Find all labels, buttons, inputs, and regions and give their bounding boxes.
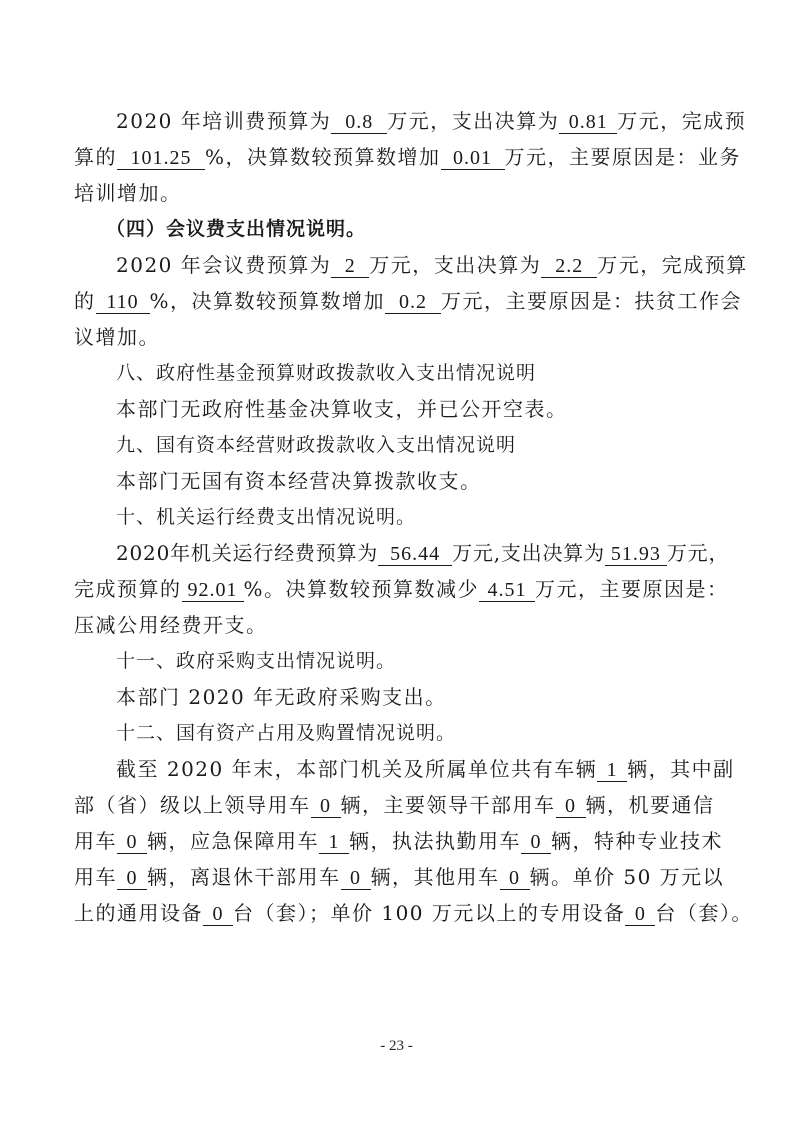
meeting-actual-value: 2.2 — [541, 255, 597, 278]
text: 算的 — [74, 145, 117, 169]
text: 上的通用设备 — [74, 901, 203, 925]
operating-completion-pct: 92.01 — [182, 579, 244, 602]
text: 2020 年培训费预算为 — [116, 109, 331, 133]
emergency-vehicles-value: 1 — [319, 831, 349, 854]
training-actual-value: 0.81 — [559, 111, 617, 134]
special-equipment-value: 0 — [625, 903, 655, 926]
training-paragraph-line-1: 2020 年培训费预算为0.8万元，支出决算为0.81万元，完成预 — [74, 103, 724, 139]
text: 万元， — [667, 541, 729, 565]
text: 辆，其他用车 — [371, 865, 500, 889]
section-10-line-3: 压减公用经费开支。 — [74, 607, 724, 643]
text: 部（省）级以上领导用车 — [74, 793, 311, 817]
text: 完成预算的 — [74, 577, 182, 601]
text: 万元，支出决算为 — [369, 253, 541, 277]
meeting-paragraph-line-3: 议增加。 — [74, 319, 724, 355]
meeting-budget-value: 2 — [331, 255, 369, 278]
text: 辆，主要领导干部用车 — [341, 793, 556, 817]
leader-vehicles-value: 0 — [311, 795, 341, 818]
law-enforcement-vehicles-value: 0 — [521, 831, 551, 854]
text: 辆，离退休干部用车 — [147, 865, 341, 889]
retired-vehicles-value: 0 — [341, 867, 371, 890]
section-12-line-1: 截至 2020 年末，本部门机关及所属单位共有车辆1辆，其中副 — [74, 751, 724, 787]
text: 截至 2020 年末，本部门机关及所属单位共有车辆 — [116, 757, 597, 781]
section-10-line-1: 2020年机关运行经费预算为56.44万元,支出决算为51.93万元， — [74, 535, 724, 571]
text: 万元，主要原因是：业务 — [505, 145, 742, 169]
text: 万元，完成预算 — [597, 253, 748, 277]
operating-diff-value: 4.51 — [479, 579, 535, 602]
main-leader-vehicles-value: 0 — [556, 795, 586, 818]
general-equipment-value: 0 — [203, 903, 233, 926]
page-number: - 23 - — [0, 1038, 793, 1055]
section-11-body: 本部门 2020 年无政府采购支出。 — [74, 679, 724, 715]
meeting-diff-value: 0.2 — [385, 291, 441, 314]
text: 辆。单价 50 万元以 — [530, 865, 725, 889]
total-vehicles-value: 1 — [597, 759, 627, 782]
text: %。决算数较预算数减少 — [244, 577, 480, 601]
training-paragraph-line-3: 培训增加。 — [74, 175, 724, 211]
training-budget-value: 0.8 — [331, 111, 387, 134]
section-12-line-4: 用车0辆，离退休干部用车0辆，其他用车0辆。单价 50 万元以 — [74, 859, 724, 895]
section-12-line-2: 部（省）级以上领导用车0辆，主要领导干部用车0辆，机要通信 — [74, 787, 724, 823]
section-8-heading: 八、政府性基金预算财政拨款收入支出情况说明 — [74, 355, 724, 391]
section-12-line-5: 上的通用设备0台（套）；单价 100 万元以上的专用设备0台（套）。 — [74, 895, 724, 931]
meeting-paragraph-line-2: 的110%，决算数较预算数增加0.2万元，主要原因是：扶贫工作会 — [74, 283, 724, 319]
meeting-completion-pct: 110 — [96, 291, 150, 314]
text: 万元，主要原因是：扶贫工作会 — [441, 289, 742, 313]
text: %，决算数较预算数增加 — [205, 145, 441, 169]
training-paragraph-line-2: 算的101.25%，决算数较预算数增加0.01万元，主要原因是：业务 — [74, 139, 724, 175]
text: 辆，其中副 — [627, 757, 735, 781]
training-completion-pct: 101.25 — [117, 147, 205, 170]
training-diff-value: 0.01 — [441, 147, 505, 170]
section-11-heading: 十一、政府采购支出情况说明。 — [74, 643, 724, 679]
text: 2020 年会议费预算为 — [116, 253, 331, 277]
meeting-paragraph-line-1: 2020 年会议费预算为2万元，支出决算为2.2万元，完成预算 — [74, 247, 724, 283]
text: 用车 — [74, 865, 117, 889]
text: %，决算数较预算数增加 — [150, 289, 386, 313]
text: 辆，应急保障用车 — [147, 829, 319, 853]
operating-actual-value: 51.93 — [605, 543, 667, 566]
section-8-body: 本部门无政府性基金决算收支，并已公开空表。 — [74, 391, 724, 427]
text: 辆，特种专业技术 — [551, 829, 723, 853]
document-page: 2020 年培训费预算为0.8万元，支出决算为0.81万元，完成预 算的101.… — [74, 103, 724, 931]
text: 万元,支出决算为 — [452, 541, 605, 565]
text: 辆，机要通信 — [586, 793, 715, 817]
text: 台（套）。 — [655, 901, 753, 925]
section-12-heading: 十二、国有资产占用及购置情况说明。 — [74, 715, 724, 751]
section-12-line-3: 用车0辆，应急保障用车1辆，执法执勤用车0辆，特种专业技术 — [74, 823, 724, 859]
text: 用车 — [74, 829, 117, 853]
text: 辆，执法执勤用车 — [349, 829, 521, 853]
text: 的 — [74, 289, 96, 313]
other-vehicles-value: 0 — [500, 867, 530, 890]
section-9-body: 本部门无国有资本经营决算拨款收支。 — [74, 463, 724, 499]
text: 万元，主要原因是： — [535, 577, 729, 601]
text: 万元，支出决算为 — [387, 109, 559, 133]
text: 台（套）；单价 100 万元以上的专用设备 — [233, 901, 625, 925]
section-9-heading: 九、国有资本经营财政拨款收入支出情况说明 — [74, 427, 724, 463]
operating-budget-value: 56.44 — [378, 543, 452, 566]
special-tech-vehicles-value: 0 — [117, 867, 147, 890]
confidential-comm-vehicles-value: 0 — [117, 831, 147, 854]
section-10-heading: 十、机关运行经费支出情况说明。 — [74, 499, 724, 535]
section-10-line-2: 完成预算的92.01%。决算数较预算数减少4.51万元，主要原因是： — [74, 571, 724, 607]
meeting-heading: （四）会议费支出情况说明。 — [74, 211, 724, 247]
text: 2020年机关运行经费预算为 — [116, 541, 378, 565]
text: 万元，完成预 — [617, 109, 746, 133]
